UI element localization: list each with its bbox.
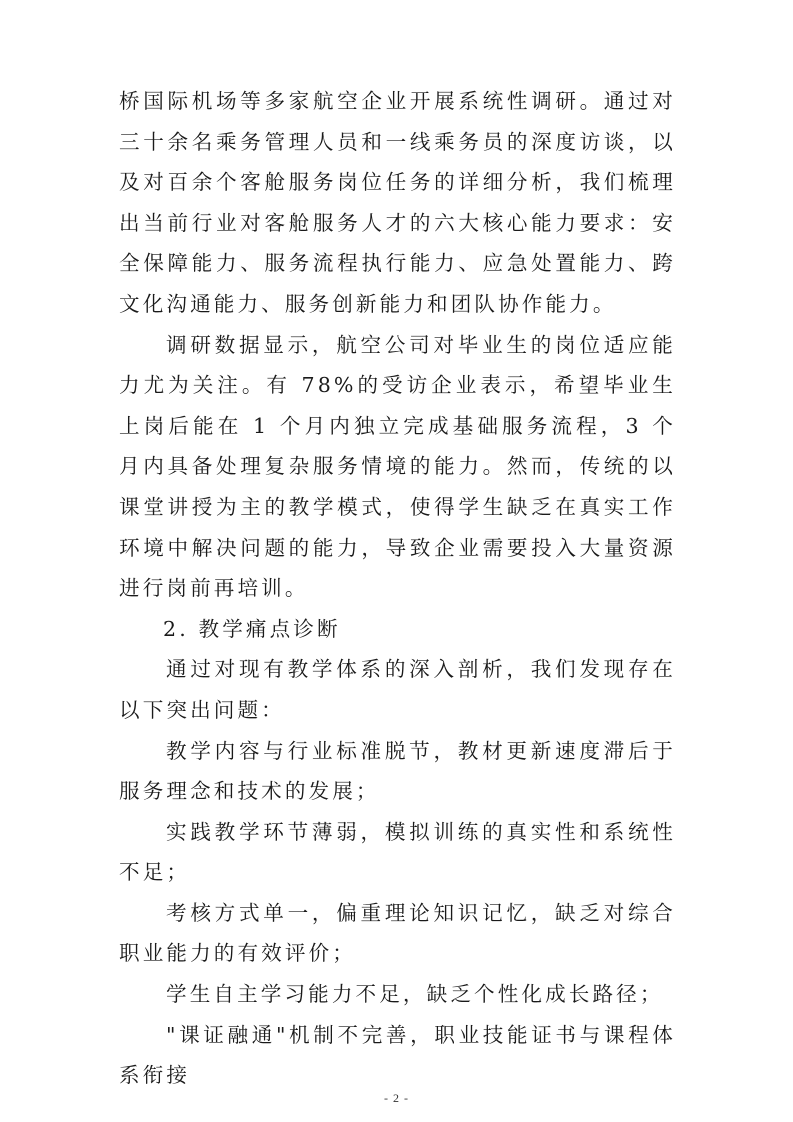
problem-item-assessment: 考核方式单一，偏重理论知识记忆，缺乏对综合职业能力的有效评价；: [119, 893, 676, 974]
paragraph-problems-intro: 通过对现有教学体系的深入剖析，我们发现存在以下突出问题：: [119, 649, 676, 730]
problem-item-practice-weak: 实践教学环节薄弱，模拟训练的真实性和系统性不足；: [119, 812, 676, 893]
page-number: - 2 -: [0, 1091, 793, 1106]
section-heading-teaching-pain-points: 2. 教学痛点诊断: [119, 609, 676, 650]
paragraph-industry-research: 桥国际机场等多家航空企业开展系统性调研。通过对三十余名乘务管理人员和一线乘务员的…: [119, 81, 676, 325]
paragraph-research-data: 调研数据显示，航空公司对毕业生的岗位适应能力尤为关注。有 78%的受访企业表示，…: [119, 325, 676, 609]
problem-item-self-learning: 学生自主学习能力不足，缺乏个性化成长路径；: [119, 974, 676, 1015]
document-page-body: 桥国际机场等多家航空企业开展系统性调研。通过对三十余名乘务管理人员和一线乘务员的…: [119, 81, 676, 1096]
problem-item-course-certificate: "课证融通"机制不完善，职业技能证书与课程体系衔接: [119, 1015, 676, 1096]
problem-item-content-gap: 教学内容与行业标准脱节，教材更新速度滞后于服务理念和技术的发展；: [119, 731, 676, 812]
